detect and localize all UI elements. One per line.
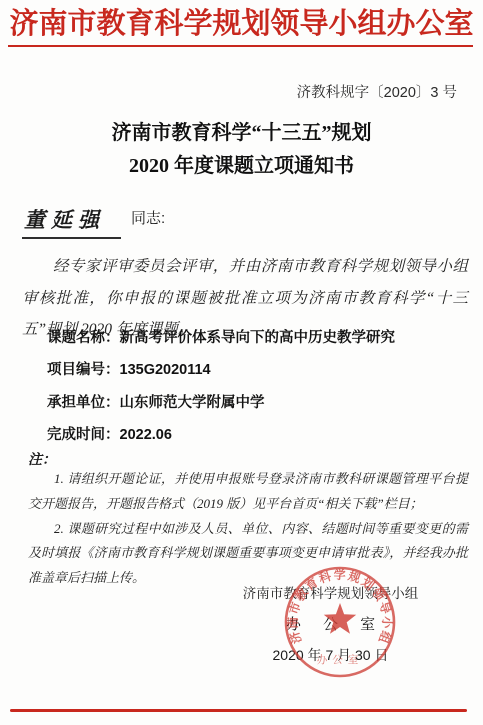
salutation-suffix: 同志:	[131, 210, 165, 227]
document-number: 济教科规字〔2020〕3 号	[297, 81, 457, 102]
field-label: 完成时间：	[47, 427, 120, 443]
bottom-divider	[10, 709, 467, 712]
notification-document: 济南市教育科学规划领导小组办公室 济教科规字〔2020〕3 号 济南市教育科学“…	[0, 0, 483, 725]
salutation: 董延强同志:	[22, 204, 165, 239]
field-project-number: 项目编号：135G2020114	[47, 354, 469, 386]
field-value: 135G2020114	[120, 362, 211, 378]
official-seal: 济南市教育科学规划领导小组 办公室	[281, 563, 399, 681]
notes-section: 1. 请组织开题论证，并使用申报账号登录济南市教科研课题管理平台提交开题报告，开…	[28, 467, 468, 591]
field-completion-date: 完成时间：2022.06	[47, 419, 469, 451]
masthead-divider	[8, 45, 473, 47]
field-label: 课题名称：	[47, 330, 120, 346]
project-fields: 课题名称：新高考评价体系导向下的高中历史教学研究 项目编号：135G202011…	[47, 322, 469, 451]
document-title-line2: 2020 年度课题立项通知书	[0, 150, 483, 183]
field-label: 承担单位：	[47, 395, 120, 411]
field-project-title: 课题名称：新高考评价体系导向下的高中历史教学研究	[47, 322, 469, 354]
field-value: 2022.06	[120, 427, 172, 443]
document-masthead: 济南市教育科学规划领导小组办公室	[0, 7, 483, 41]
seal-star-icon	[324, 603, 356, 634]
recipient-name: 董延强	[22, 204, 121, 239]
seal-bottom-text: 办公室	[317, 653, 364, 666]
document-title: 济南市教育科学“十三五”规划 2020 年度课题立项通知书	[0, 117, 483, 183]
note-item-1: 1. 请组织开题论证，并使用申报账号登录济南市教科研课题管理平台提交开题报告，开…	[28, 467, 468, 517]
notes-label: 注：	[28, 449, 56, 469]
field-value: 新高考评价体系导向下的高中历史教学研究	[120, 330, 396, 346]
field-value: 山东师范大学附属中学	[120, 395, 265, 411]
field-label: 项目编号：	[47, 362, 120, 378]
document-title-line1: 济南市教育科学“十三五”规划	[0, 117, 483, 150]
note-item-2: 2. 课题研究过程中如涉及人员、单位、内容、结题时间等重要变更的需及时填报《济南…	[28, 517, 468, 591]
field-host-institution: 承担单位：山东师范大学附属中学	[47, 387, 469, 419]
